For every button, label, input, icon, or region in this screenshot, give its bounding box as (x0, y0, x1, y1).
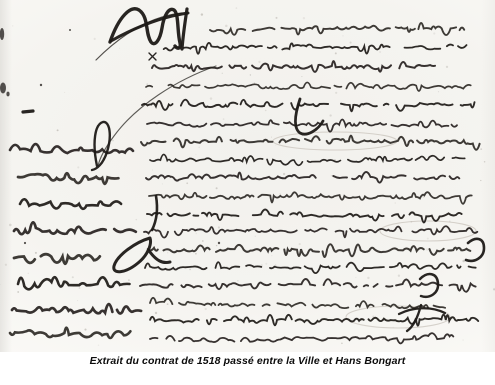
manuscript-handwriting (0, 0, 495, 352)
manuscript-scan (0, 0, 495, 352)
figure-caption: Extrait du contrat de 1518 passé entre l… (0, 354, 495, 368)
figure: Extrait du contrat de 1518 passé entre l… (0, 0, 495, 385)
